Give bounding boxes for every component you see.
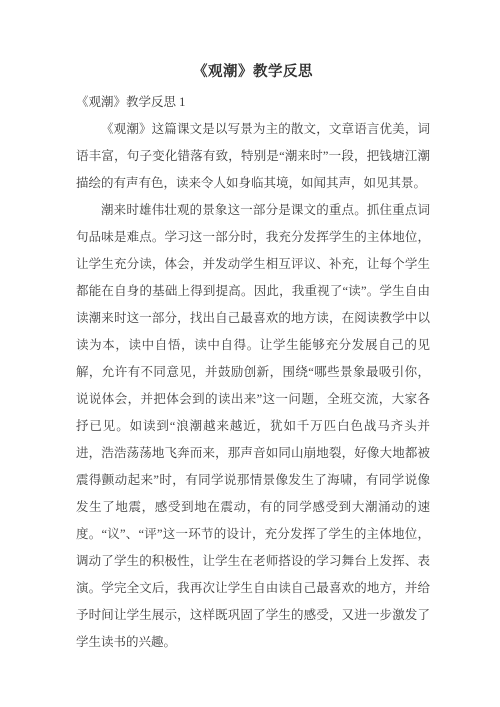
paragraph-body: 潮来时雄伟壮观的景象这一部分是课文的重点。抓住重点词句品味是难点。学习这一部分时… [76,197,430,656]
document-subtitle: 《观潮》教学反思 1 [76,89,430,116]
paragraph-intro: 《观潮》这篇课文是以写景为主的散文，文章语言优美，词语丰富，句子变化错落有致，特… [76,116,430,197]
document-page: 《观潮》教学反思 《观潮》教学反思 1 《观潮》这篇课文是以写景为主的散文，文章… [0,0,500,707]
document-title: 《观潮》教学反思 [76,57,430,87]
